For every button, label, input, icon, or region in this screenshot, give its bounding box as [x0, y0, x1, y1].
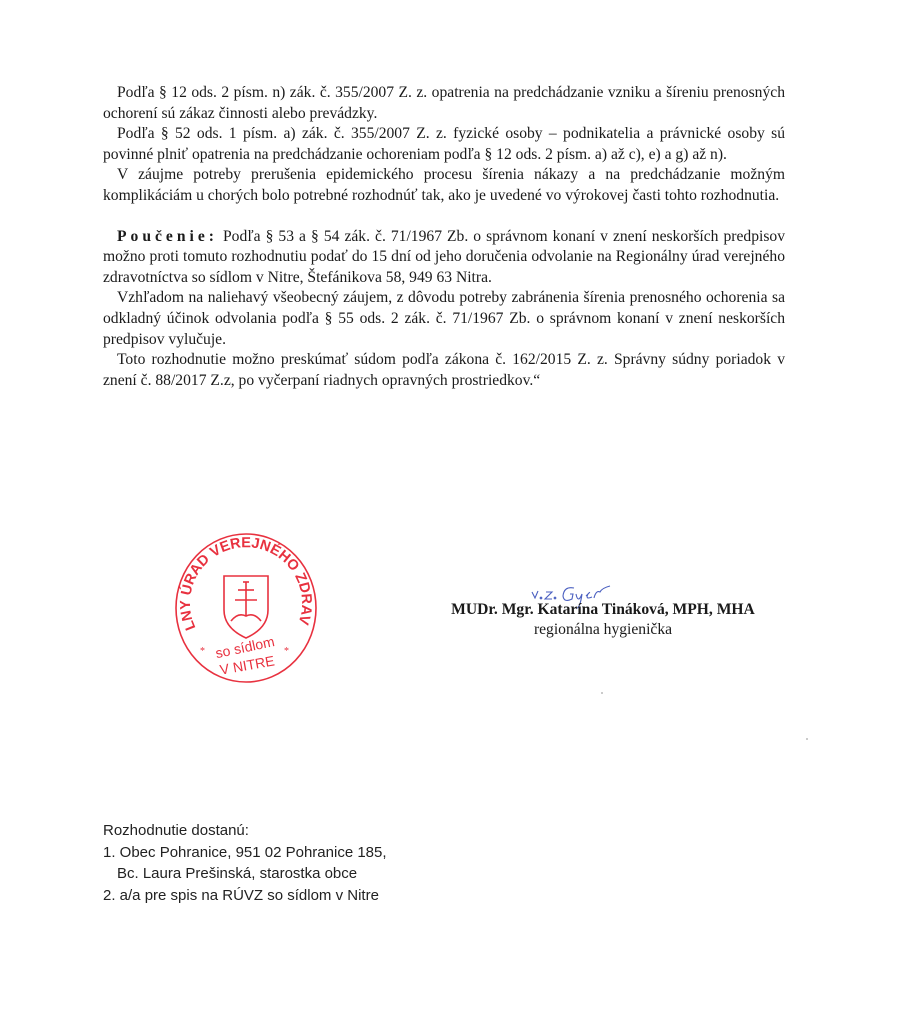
decision-body: Podľa § 12 ods. 2 písm. n) zák. č. 355/2…: [103, 83, 785, 391]
paragraph-suspensive-effect: Vzhľadom na naliehavý všeobecný záujem, …: [103, 288, 785, 350]
recipient-item: 2. a/a pre spis na RÚVZ so sídlom v Nitr…: [103, 885, 387, 907]
recipients-heading: Rozhodnutie dostanú:: [103, 820, 387, 842]
scan-speck: [601, 692, 603, 694]
signatory-role: regionálna hygienička: [418, 620, 788, 640]
poucenie-label: Poučenie:: [117, 228, 218, 245]
official-stamp: REGIONÁLNY ÚRAD VEREJNÉHO ZDRAVOTNÍCTVA …: [172, 528, 320, 686]
stamp-ring-text: REGIONÁLNY ÚRAD VEREJNÉHO ZDRAVOTNÍCTVA: [172, 528, 314, 632]
paragraph-poucenie: Poučenie: Podľa § 53 a § 54 zák. č. 71/1…: [103, 227, 785, 289]
document-page: Podľa § 12 ods. 2 písm. n) zák. č. 355/2…: [0, 0, 897, 1024]
star-icon: *: [200, 646, 205, 657]
paragraph-12-ods2: Podľa § 12 ods. 2 písm. n) zák. č. 355/2…: [103, 83, 785, 124]
recipient-item: 1. Obec Pohranice, 951 02 Pohranice 185,: [103, 842, 387, 864]
recipients-list: Rozhodnutie dostanú: 1. Obec Pohranice, …: [103, 820, 387, 906]
signature-block: MUDr. Mgr. Katarína Tináková, MPH, MHA r…: [418, 600, 788, 640]
star-icon: *: [284, 646, 289, 657]
svg-text:REGIONÁLNY ÚRAD VEREJNÉHO ZDRA: REGIONÁLNY ÚRAD VEREJNÉHO ZDRAVOTNÍCTVA: [172, 528, 314, 632]
scan-speck: [806, 738, 808, 740]
signatory-name: MUDr. Mgr. Katarína Tináková, MPH, MHA: [418, 600, 788, 620]
paragraph-52-ods1: Podľa § 52 ods. 1 písm. a) zák. č. 355/2…: [103, 124, 785, 165]
recipient-item-contact: Bc. Laura Prešinská, starostka obce: [103, 863, 387, 885]
coat-of-arms-icon: [224, 576, 268, 638]
paragraph-court-review: Toto rozhodnutie možno preskúmať súdom p…: [103, 350, 785, 391]
paragraph-justification: V záujme potreby prerušenia epidemického…: [103, 165, 785, 206]
